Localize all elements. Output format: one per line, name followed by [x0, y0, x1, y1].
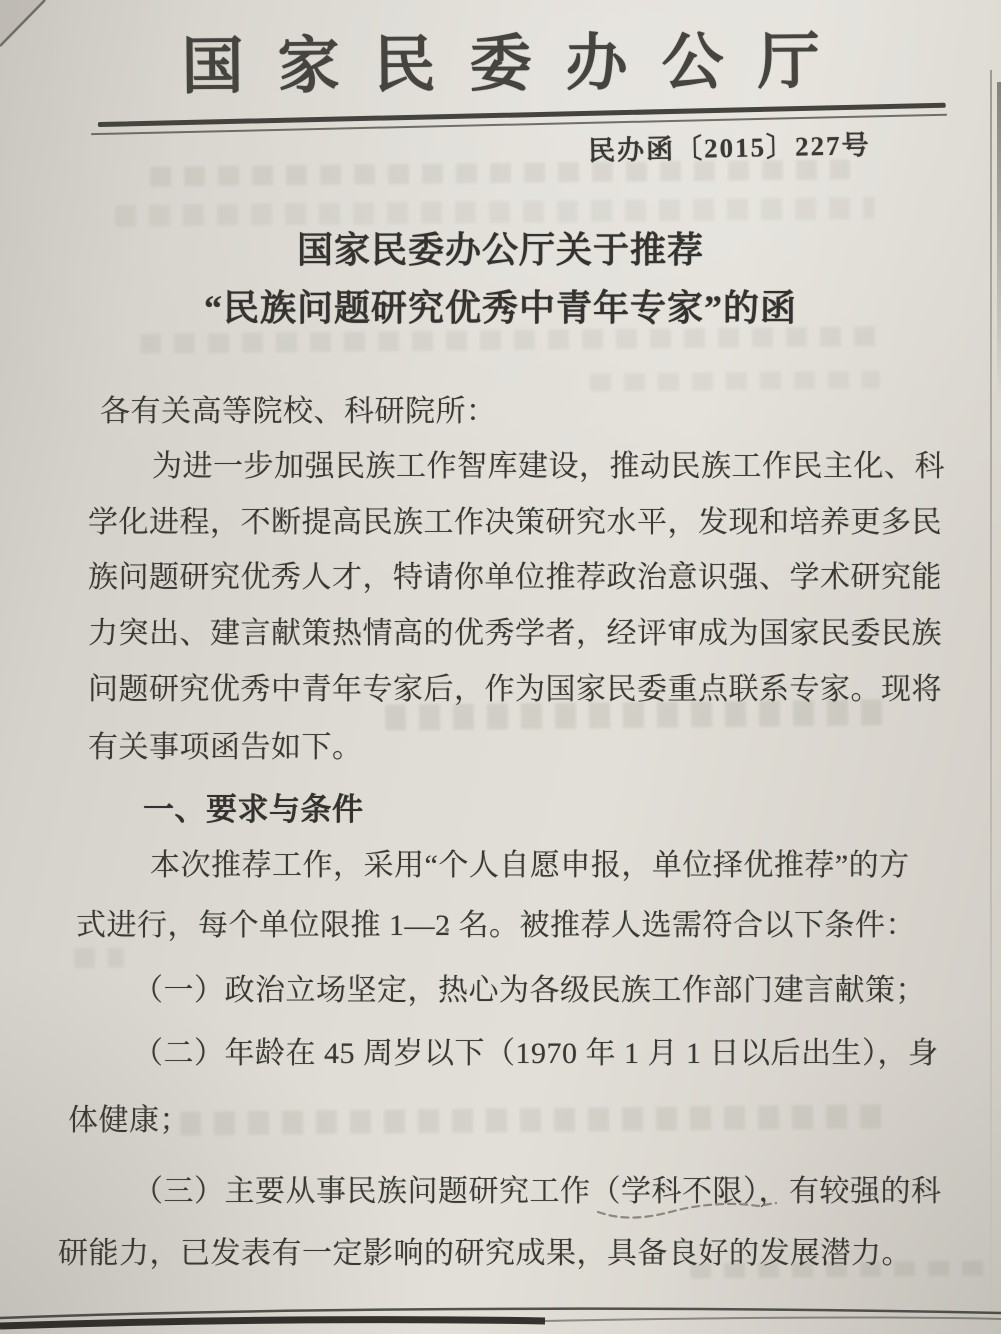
bleedthrough-text	[150, 159, 850, 186]
body-line: 力突出、建言献策热情高的优秀学者，经评审成为国家民委民族	[88, 608, 942, 652]
body-line: 有关事项函告如下。	[88, 722, 363, 766]
body-line: 为进一步加强民族工作智库建设，推动民族工作民主化、科	[152, 441, 945, 485]
handwritten-underline	[596, 1198, 786, 1224]
body-line: （一）政治立场坚定，热心为各级民族工作部门建言献策；	[133, 965, 926, 1009]
scan-speck	[445, 928, 449, 932]
body-line: （三）主要从事民族问题研究工作（学科不限），有较强的科	[133, 1166, 942, 1210]
scanned-letter-page: 国家民委办公厅 民办函〔2015〕227号 国家民委办公厅关于推荐 “民族问题研…	[0, 0, 1001, 1334]
salutation: 各有关高等院校、科研院所：	[100, 386, 497, 430]
bleedthrough-text	[180, 1104, 890, 1135]
bleedthrough-text	[590, 370, 880, 391]
section-heading: 一、要求与条件	[143, 784, 364, 829]
body-line: 学化进程，不断提高民族工作决策研究水平，发现和培养更多民	[88, 497, 942, 541]
body-line: （二）年龄在 45 周岁以下（1970 年 1 月 1 日以后出生），身	[133, 1028, 939, 1072]
letterhead-org-name: 国家民委办公厅	[0, 10, 1001, 108]
body-line: 问题研究优秀中青年专家后，作为国家民委重点联系专家。现将	[88, 664, 942, 708]
scan-speck	[198, 456, 201, 459]
paper-edge-right	[990, 70, 992, 1334]
body-line: 式进行，每个单位限推 1—2 名。被推荐人选需符合以下条件：	[76, 900, 916, 944]
body-line: 族问题研究优秀人才，特请你单位推荐政治意识强、学术研究能	[88, 552, 942, 596]
bleedthrough-text	[74, 948, 124, 969]
document-title-line-2: “民族问题研究优秀中青年专家”的函	[0, 280, 1001, 331]
body-line: 体健康；	[68, 1095, 190, 1139]
document-title-line-1: 国家民委办公厅关于推荐	[0, 222, 1001, 273]
body-line: 本次推荐工作，采用“个人自愿申报，单位择优推荐”的方	[150, 840, 910, 884]
paper-edge-right-dark	[997, 82, 1001, 402]
body-line: 研能力，已发表有一定影响的研究成果，具备良好的发展潜力。	[58, 1228, 912, 1272]
paper-edge-bottom	[0, 1294, 1001, 1334]
